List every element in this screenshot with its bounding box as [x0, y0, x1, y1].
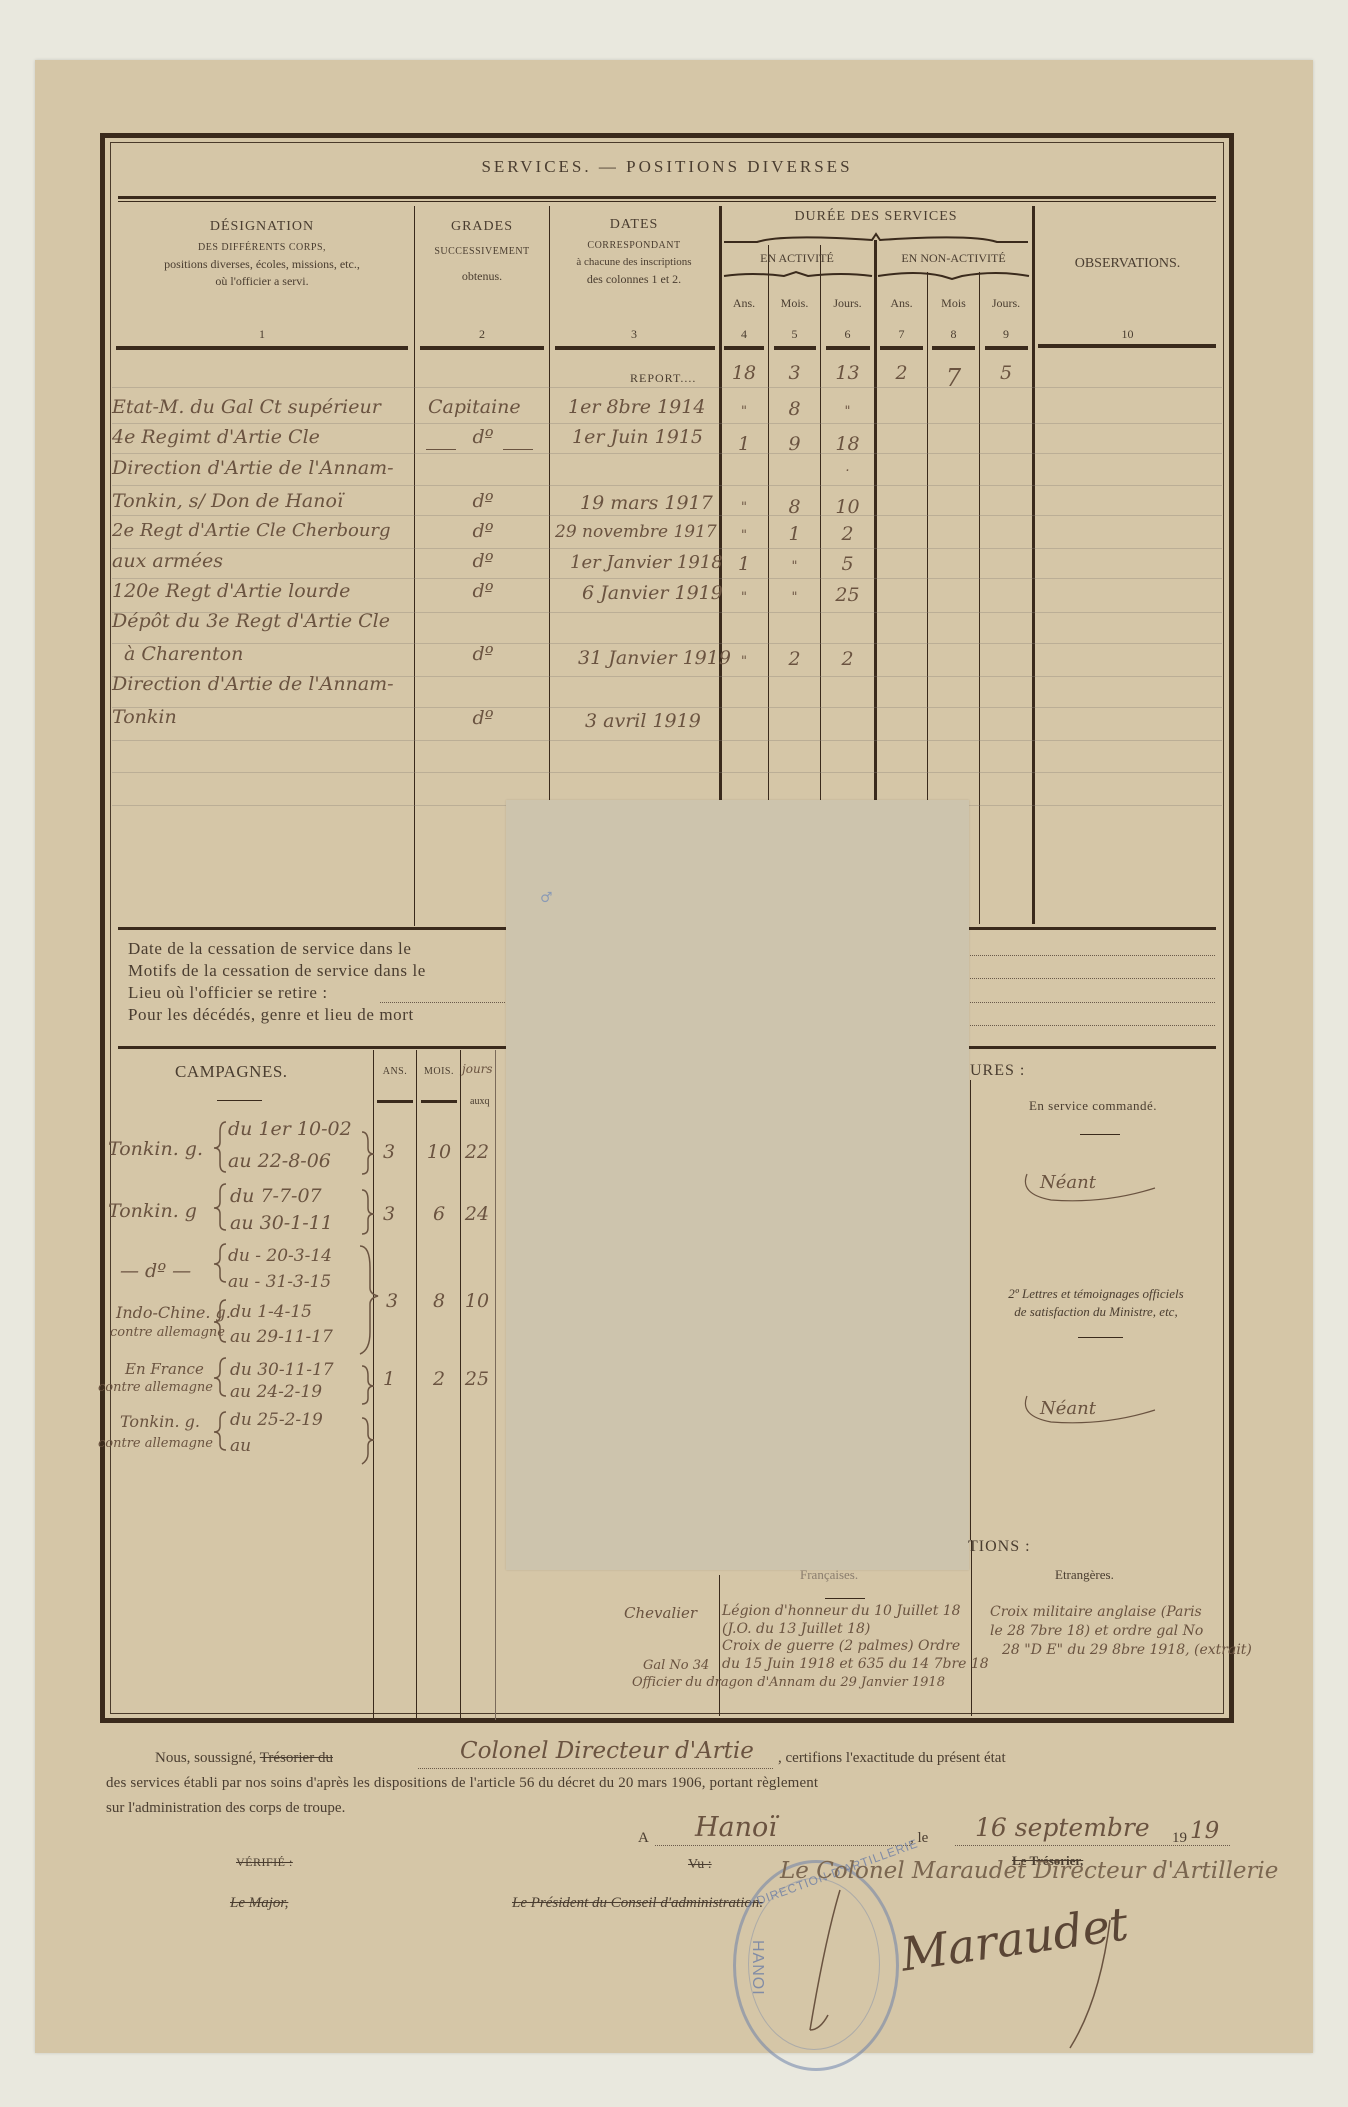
header-underline-1 — [116, 346, 408, 350]
row-designation: 4e Regimt d'Artie Cle — [112, 426, 320, 448]
campagnes-col-auxq: auxq — [470, 1096, 489, 1107]
blessures-title: URES : — [970, 1062, 1025, 1080]
row-designation: Tonkin — [112, 706, 177, 728]
row-date: 6 Janvier 1919 — [582, 582, 723, 604]
cessation-motifs-label: Motifs de la cessation de service dans l… — [128, 960, 426, 982]
col-sep-8 — [979, 272, 980, 924]
campagne-jours: 24 — [460, 1203, 494, 1225]
colnum-7: 7 — [877, 327, 926, 342]
header-grades-sub1: SUCCESSIVEMENT — [416, 243, 548, 260]
header-underline-2 — [420, 346, 544, 350]
colnum-5: 5 — [770, 327, 819, 342]
decorations-francaises-list: Légion d'honneur du 10 Juillet 18 (J.O. … — [722, 1603, 989, 1673]
campagne-mois: 2 — [418, 1368, 460, 1390]
row-grade: Capitaine — [428, 396, 521, 418]
header-underline-5 — [774, 346, 816, 350]
row-ans: 1 — [721, 553, 767, 575]
decoration-francaise: Officier du dragon d'Annam du 29 Janvier… — [632, 1675, 945, 1690]
header-col8: Mois — [929, 295, 978, 312]
row-grade: dº — [420, 426, 546, 448]
decoration-francaise: Croix de guerre (2 palmes) Ordre — [722, 1638, 989, 1656]
brace-activite-icon — [722, 270, 874, 280]
row-mois: 1 — [770, 523, 819, 545]
campagnes-braces-icon — [212, 1118, 382, 1478]
cessation-date-label: Date de la cessation de service dans le — [128, 938, 426, 960]
certification-place-prefix: A — [638, 1830, 649, 1847]
campagne-mois: 8 — [418, 1290, 460, 1312]
header-duree: DURÉE DES SERVICES — [721, 208, 1031, 225]
header-dates: DATES CORRESPONDANT à chacune des inscri… — [551, 216, 717, 288]
campagne-lieu2: contre allemagne — [98, 1436, 213, 1451]
row-grade: dº — [420, 520, 546, 542]
decorations-etrangeres-list: Croix militaire anglaise (Paris le 28 7b… — [990, 1603, 1252, 1660]
row-date: 1er 8bre 1914 — [568, 396, 705, 418]
campagne-lieu2: contre allemagne — [98, 1380, 213, 1395]
signature-strokes-icon — [780, 1880, 1160, 2050]
report-na-mois: 7 — [929, 364, 978, 392]
campagne-jours: 10 — [460, 1290, 494, 1312]
row-designation: Tonkin, s/ Don de Hanoï — [112, 490, 343, 512]
blessures-left-rule — [970, 1080, 971, 1540]
certification-line1: Nous, soussigné, Trésorier du — [155, 1750, 333, 1767]
certification-date: 16 septembre — [975, 1813, 1150, 1842]
certification-year-print: 19 — [1172, 1830, 1187, 1847]
title-rule — [118, 196, 1216, 199]
row-designation: Direction d'Artie de l'Annam- — [112, 457, 394, 479]
header-col4: Ans. — [721, 295, 767, 312]
stamp-text-side: HANOI — [748, 1940, 766, 1996]
certification-struck-title: Trésorier du — [260, 1750, 333, 1766]
row-designation: 2e Regt d'Artie Cle Cherbourg — [112, 520, 391, 541]
decoration-francaise: du 15 Juin 1918 et 635 du 14 7bre 18 — [722, 1656, 989, 1674]
certification-prefix: Nous, soussigné, — [155, 1750, 256, 1766]
cessation-lieu-label: Lieu où l'officier se retire : — [128, 982, 426, 1004]
decoration-etrangere: le 28 7bre 18) et ordre gal No — [990, 1622, 1252, 1641]
header-underline-10 — [1038, 344, 1216, 348]
header-designation-title: DÉSIGNATION — [112, 218, 412, 235]
row-jours: 5 — [822, 553, 873, 575]
lettres-title-line2: de satisfaction du Ministre, etc, — [972, 1303, 1220, 1321]
president-label: Le Président du Conseil d'administration… — [512, 1895, 763, 1912]
campagne-jours: 25 — [460, 1368, 494, 1390]
campagne-mois: 10 — [418, 1141, 460, 1163]
cessation-deces-label: Pour les décédés, genre et lieu de mort — [128, 1004, 426, 1026]
campagnes-col-ans: ANS. — [374, 1066, 416, 1077]
row-ans: " — [721, 404, 767, 419]
blessures-value-flourish-icon — [1015, 1168, 1165, 1208]
certification-suffix: , certifions l'exactitude du présent éta… — [778, 1750, 1006, 1767]
certification-year-hand: 19 — [1190, 1818, 1219, 1844]
row-jours: " — [822, 404, 873, 419]
campagne-lieu: Tonkin. g — [108, 1200, 197, 1222]
colnum-2: 2 — [416, 327, 548, 342]
row-designation: Direction d'Artie de l'Annam- — [112, 673, 394, 695]
row-jours: 18 — [822, 433, 873, 455]
campagnes-col-jours: jours — [462, 1062, 493, 1076]
decorations-title: TIONS : — [968, 1538, 1031, 1556]
header-underline-3 — [555, 346, 715, 350]
decoration-etrangere: 28 "D E" du 29 8bre 1918, (extrait) — [990, 1641, 1252, 1660]
header-underline-6 — [826, 346, 870, 350]
header-col9: Jours. — [981, 295, 1031, 312]
campagne-lieu: — dº — — [120, 1260, 191, 1282]
header-col7: Ans. — [877, 295, 926, 312]
header-col6: Jours. — [822, 295, 873, 312]
campagnes-sep-4 — [495, 1050, 496, 1720]
campagne-lieu: Tonkin. g. — [108, 1138, 203, 1160]
header-en-non-activite: EN NON-ACTIVITÉ — [876, 250, 1031, 267]
row-designation: 120e Regt d'Artie lourde — [112, 580, 350, 602]
page-title: SERVICES. — POSITIONS DIVERSES — [110, 157, 1224, 177]
decoration-francaise: (J.O. du 13 Juillet 18) — [722, 1621, 989, 1639]
colnum-10: 10 — [1035, 327, 1220, 342]
report-mois: 3 — [770, 362, 819, 384]
header-duree-title: DURÉE DES SERVICES — [721, 208, 1031, 225]
header-designation-sub3: où l'officier a servi. — [112, 273, 412, 290]
col-sep-9 — [1032, 206, 1035, 924]
major-label: Le Major, — [230, 1895, 288, 1912]
lettres-title: 2º Lettres et témoignages officiels de s… — [972, 1285, 1220, 1321]
row-ans: " — [721, 590, 767, 605]
row-grade: dº — [420, 643, 546, 665]
row-mois: 2 — [770, 648, 819, 670]
pasted-sheet-overlay — [506, 800, 969, 1570]
campagne-mois: 6 — [418, 1203, 460, 1225]
campagnes-sep-2 — [416, 1050, 417, 1720]
header-underline-8 — [932, 346, 975, 350]
header-grades: GRADES SUCCESSIVEMENT obtenus. — [416, 218, 548, 285]
header-dates-sub1: CORRESPONDANT — [551, 237, 717, 254]
certification-line3: sur l'administration des corps de troupe… — [106, 1800, 345, 1817]
row-grade: dº — [420, 490, 546, 512]
decorations-francaises-label: Françaises. — [800, 1567, 858, 1583]
campagnes-col-mois: MOIS. — [418, 1066, 460, 1077]
lettres-title-line1: 2º Lettres et témoignages officiels — [972, 1285, 1220, 1303]
row-designation: Dépôt du 3e Regt d'Artie Cle — [112, 610, 390, 632]
header-designation: DÉSIGNATION DES DIFFÉRENTS CORPS, positi… — [112, 218, 412, 290]
certification-place: Hanoï — [695, 1812, 777, 1843]
verifie-label: VÉRIFIÉ : — [236, 1855, 293, 1870]
colnum-4: 4 — [721, 327, 767, 342]
certification-handwritten-title: Colonel Directeur d'Artie — [460, 1738, 754, 1764]
certification-line2: des services établi par nos soins d'aprè… — [106, 1775, 818, 1792]
row-designation: à Charenton — [124, 643, 243, 665]
brace-non-activite-icon — [876, 270, 1031, 280]
row-grade: dº — [420, 550, 546, 572]
row-mois: " — [770, 559, 819, 574]
report-label: REPORT.... — [630, 371, 696, 386]
colnum-3: 3 — [551, 327, 717, 342]
report-na-jours: 5 — [981, 362, 1031, 384]
decoration-francaise: Légion d'honneur du 10 Juillet 18 — [722, 1603, 989, 1621]
row-designation: Etat-M. du Gal Ct supérieur — [112, 396, 381, 418]
brace-duree-icon — [722, 232, 1030, 248]
header-observations: OBSERVATIONS. — [1035, 255, 1220, 272]
header-underline-9 — [985, 346, 1028, 350]
row-mois: " — [770, 590, 819, 605]
row-ans: 1 — [721, 433, 767, 455]
row-mois: 9 — [770, 433, 819, 455]
overlay-mark-icon: ♂ — [540, 890, 553, 906]
title-rule-thin — [118, 201, 1216, 202]
row-date: 31 Janvier 1919 — [578, 647, 731, 669]
row-jours: . — [822, 460, 873, 475]
row-grade: dº — [420, 707, 546, 729]
campagne-lieu2: contre allemagne — [110, 1325, 225, 1340]
colnum-9: 9 — [981, 327, 1031, 342]
row-jours: 25 — [822, 584, 873, 606]
cessation-block: Date de la cessation de service dans le … — [128, 938, 426, 1026]
row-date: 19 mars 1917 — [580, 492, 713, 514]
row-mois: 8 — [770, 496, 819, 518]
row-grade: dº — [420, 580, 546, 602]
row-ans: " — [721, 528, 767, 543]
row-ans: " — [721, 654, 767, 669]
header-designation-sub1: DES DIFFÉRENTS CORPS, — [112, 239, 412, 256]
row-ans: " — [721, 500, 767, 515]
decoration-ordre: Gal No 34 — [643, 1658, 709, 1673]
header-grades-sub2: obtenus. — [416, 268, 548, 285]
colnum-1: 1 — [112, 327, 412, 342]
header-grades-title: GRADES — [416, 218, 548, 235]
lettres-value-flourish-icon — [1015, 1390, 1165, 1430]
decoration-grade: Chevalier — [624, 1604, 697, 1622]
row-date: 3 avril 1919 — [585, 710, 701, 732]
report-jours: 13 — [822, 362, 873, 384]
decoration-etrangere: Croix militaire anglaise (Paris — [990, 1603, 1252, 1622]
header-en-activite: EN ACTIVITÉ — [721, 250, 873, 267]
campagne-jours: 22 — [460, 1141, 494, 1163]
row-date: 1er Janvier 1918 — [570, 552, 723, 573]
blessures-subtitle: En service commandé. — [972, 1098, 1214, 1114]
campagnes-title: CAMPAGNES. — [175, 1062, 288, 1082]
colnum-6: 6 — [822, 327, 873, 342]
colnum-8: 8 — [929, 327, 978, 342]
header-designation-sub2: positions diverses, écoles, missions, et… — [112, 256, 412, 273]
row-jours: 2 — [822, 648, 873, 670]
header-underline-7 — [880, 346, 923, 350]
header-col5: Mois. — [770, 295, 819, 312]
header-dates-sub3: des colonnes 1 et 2. — [551, 271, 717, 288]
row-jours: 10 — [822, 496, 873, 518]
header-dates-sub2: à chacune des inscriptions — [551, 254, 717, 271]
row-designation: aux armées — [112, 550, 223, 572]
report-ans: 18 — [721, 362, 767, 384]
campagne-lieu: En France — [125, 1360, 204, 1378]
report-na-ans: 2 — [877, 362, 926, 384]
row-mois: 8 — [770, 398, 819, 420]
header-underline-4 — [724, 346, 764, 350]
decorations-left-rule — [719, 1575, 720, 1716]
campagne-lieu: Tonkin. g. — [120, 1412, 200, 1431]
decorations-etrangeres-label: Etrangères. — [1055, 1567, 1114, 1583]
row-date: 1er Juin 1915 — [572, 426, 703, 448]
header-dates-title: DATES — [551, 216, 717, 233]
row-date: 29 novembre 1917 — [555, 522, 717, 542]
row-jours: 2 — [822, 523, 873, 545]
vu-label: Vu : — [688, 1857, 712, 1873]
col-sep-1 — [414, 206, 415, 926]
